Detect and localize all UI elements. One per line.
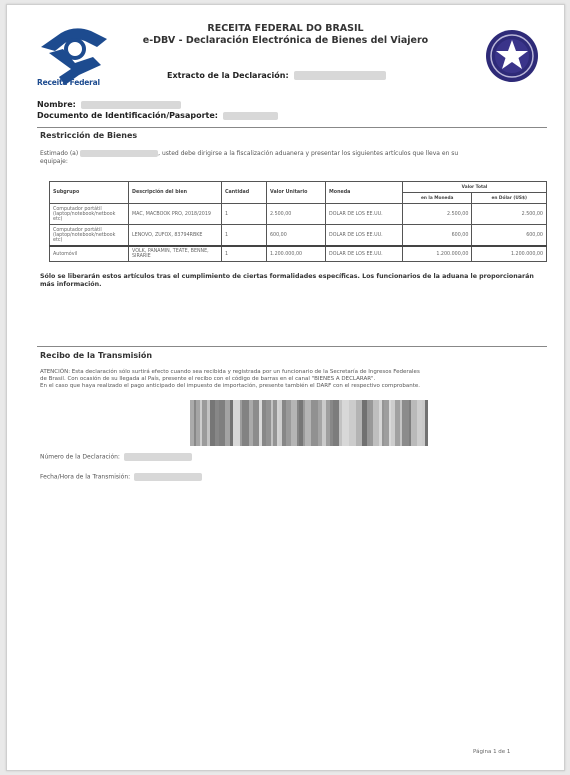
extract-row: Extracto de la Declaración: (167, 71, 386, 80)
transmission-datetime-label: Fecha/Hora de la Transmisión: (40, 474, 130, 481)
agency-title: RECEITA FEDERAL DO BRASIL (7, 23, 564, 34)
col-unit-value: Valor Unitario (267, 182, 326, 204)
col-description: Descripción del bien (129, 182, 222, 204)
declaration-number-redacted (124, 453, 192, 461)
divider (37, 127, 547, 128)
document-title: e-DBV - Declaración Electrónica de Biene… (7, 35, 564, 46)
declaration-number-label: Número de la Declaración: (40, 454, 120, 461)
document-redacted-value (223, 112, 278, 120)
restriction-title: Restricción de Bienes (40, 131, 137, 140)
table-row: Computador portátil (laptop/notebook/net… (50, 204, 547, 225)
page-number: Página 1 de 1 (473, 749, 510, 755)
transmission-datetime-redacted (134, 473, 202, 481)
col-currency: Moneda (326, 182, 403, 204)
document-page: Receita Federal RECEITA FEDERAL DO BRASI… (6, 4, 565, 771)
extract-label: Extracto de la Declaración: (167, 71, 289, 80)
barcode (190, 400, 428, 446)
receipt-title: Recibo de la Transmisión (40, 351, 152, 360)
table-row: Computador portátil (laptop/notebook/net… (50, 225, 547, 247)
col-quantity: Cantidad (222, 182, 267, 204)
attention-text: ATENCIÓN: Esta declaración sólo surtirá … (40, 369, 550, 390)
declaration-number-row: Número de la Declaración: (40, 453, 192, 462)
col-subgroup: Subgrupo (50, 182, 129, 204)
intro-redacted-name (80, 150, 158, 157)
transmission-datetime-row: Fecha/Hora de la Transmisión: (40, 473, 202, 482)
extract-redacted-value (294, 71, 386, 80)
logo-text: Receita Federal (37, 78, 100, 87)
divider (37, 346, 547, 347)
restriction-note: Sólo se liberarán estos artículos tras e… (40, 273, 545, 289)
col-total-currency: en la Moneda (403, 193, 472, 204)
col-total-usd: en Dólar (US$) (472, 193, 547, 204)
table-row: Automóvil VOLK, PANAMIN, TEATE, BENNE, S… (50, 246, 547, 262)
name-row: Nombre: (37, 100, 181, 109)
name-redacted-value (81, 101, 181, 109)
document-label: Documento de Identificación/Pasaporte: (37, 111, 218, 120)
goods-table: Subgrupo Descripción del bien Cantidad V… (49, 181, 547, 262)
document-row: Documento de Identificación/Pasaporte: (37, 111, 278, 120)
col-total-value: Valor Total (403, 182, 547, 193)
restriction-intro: Estimado (a) , usted debe dirigirse a la… (40, 150, 540, 166)
name-label: Nombre: (37, 100, 76, 109)
